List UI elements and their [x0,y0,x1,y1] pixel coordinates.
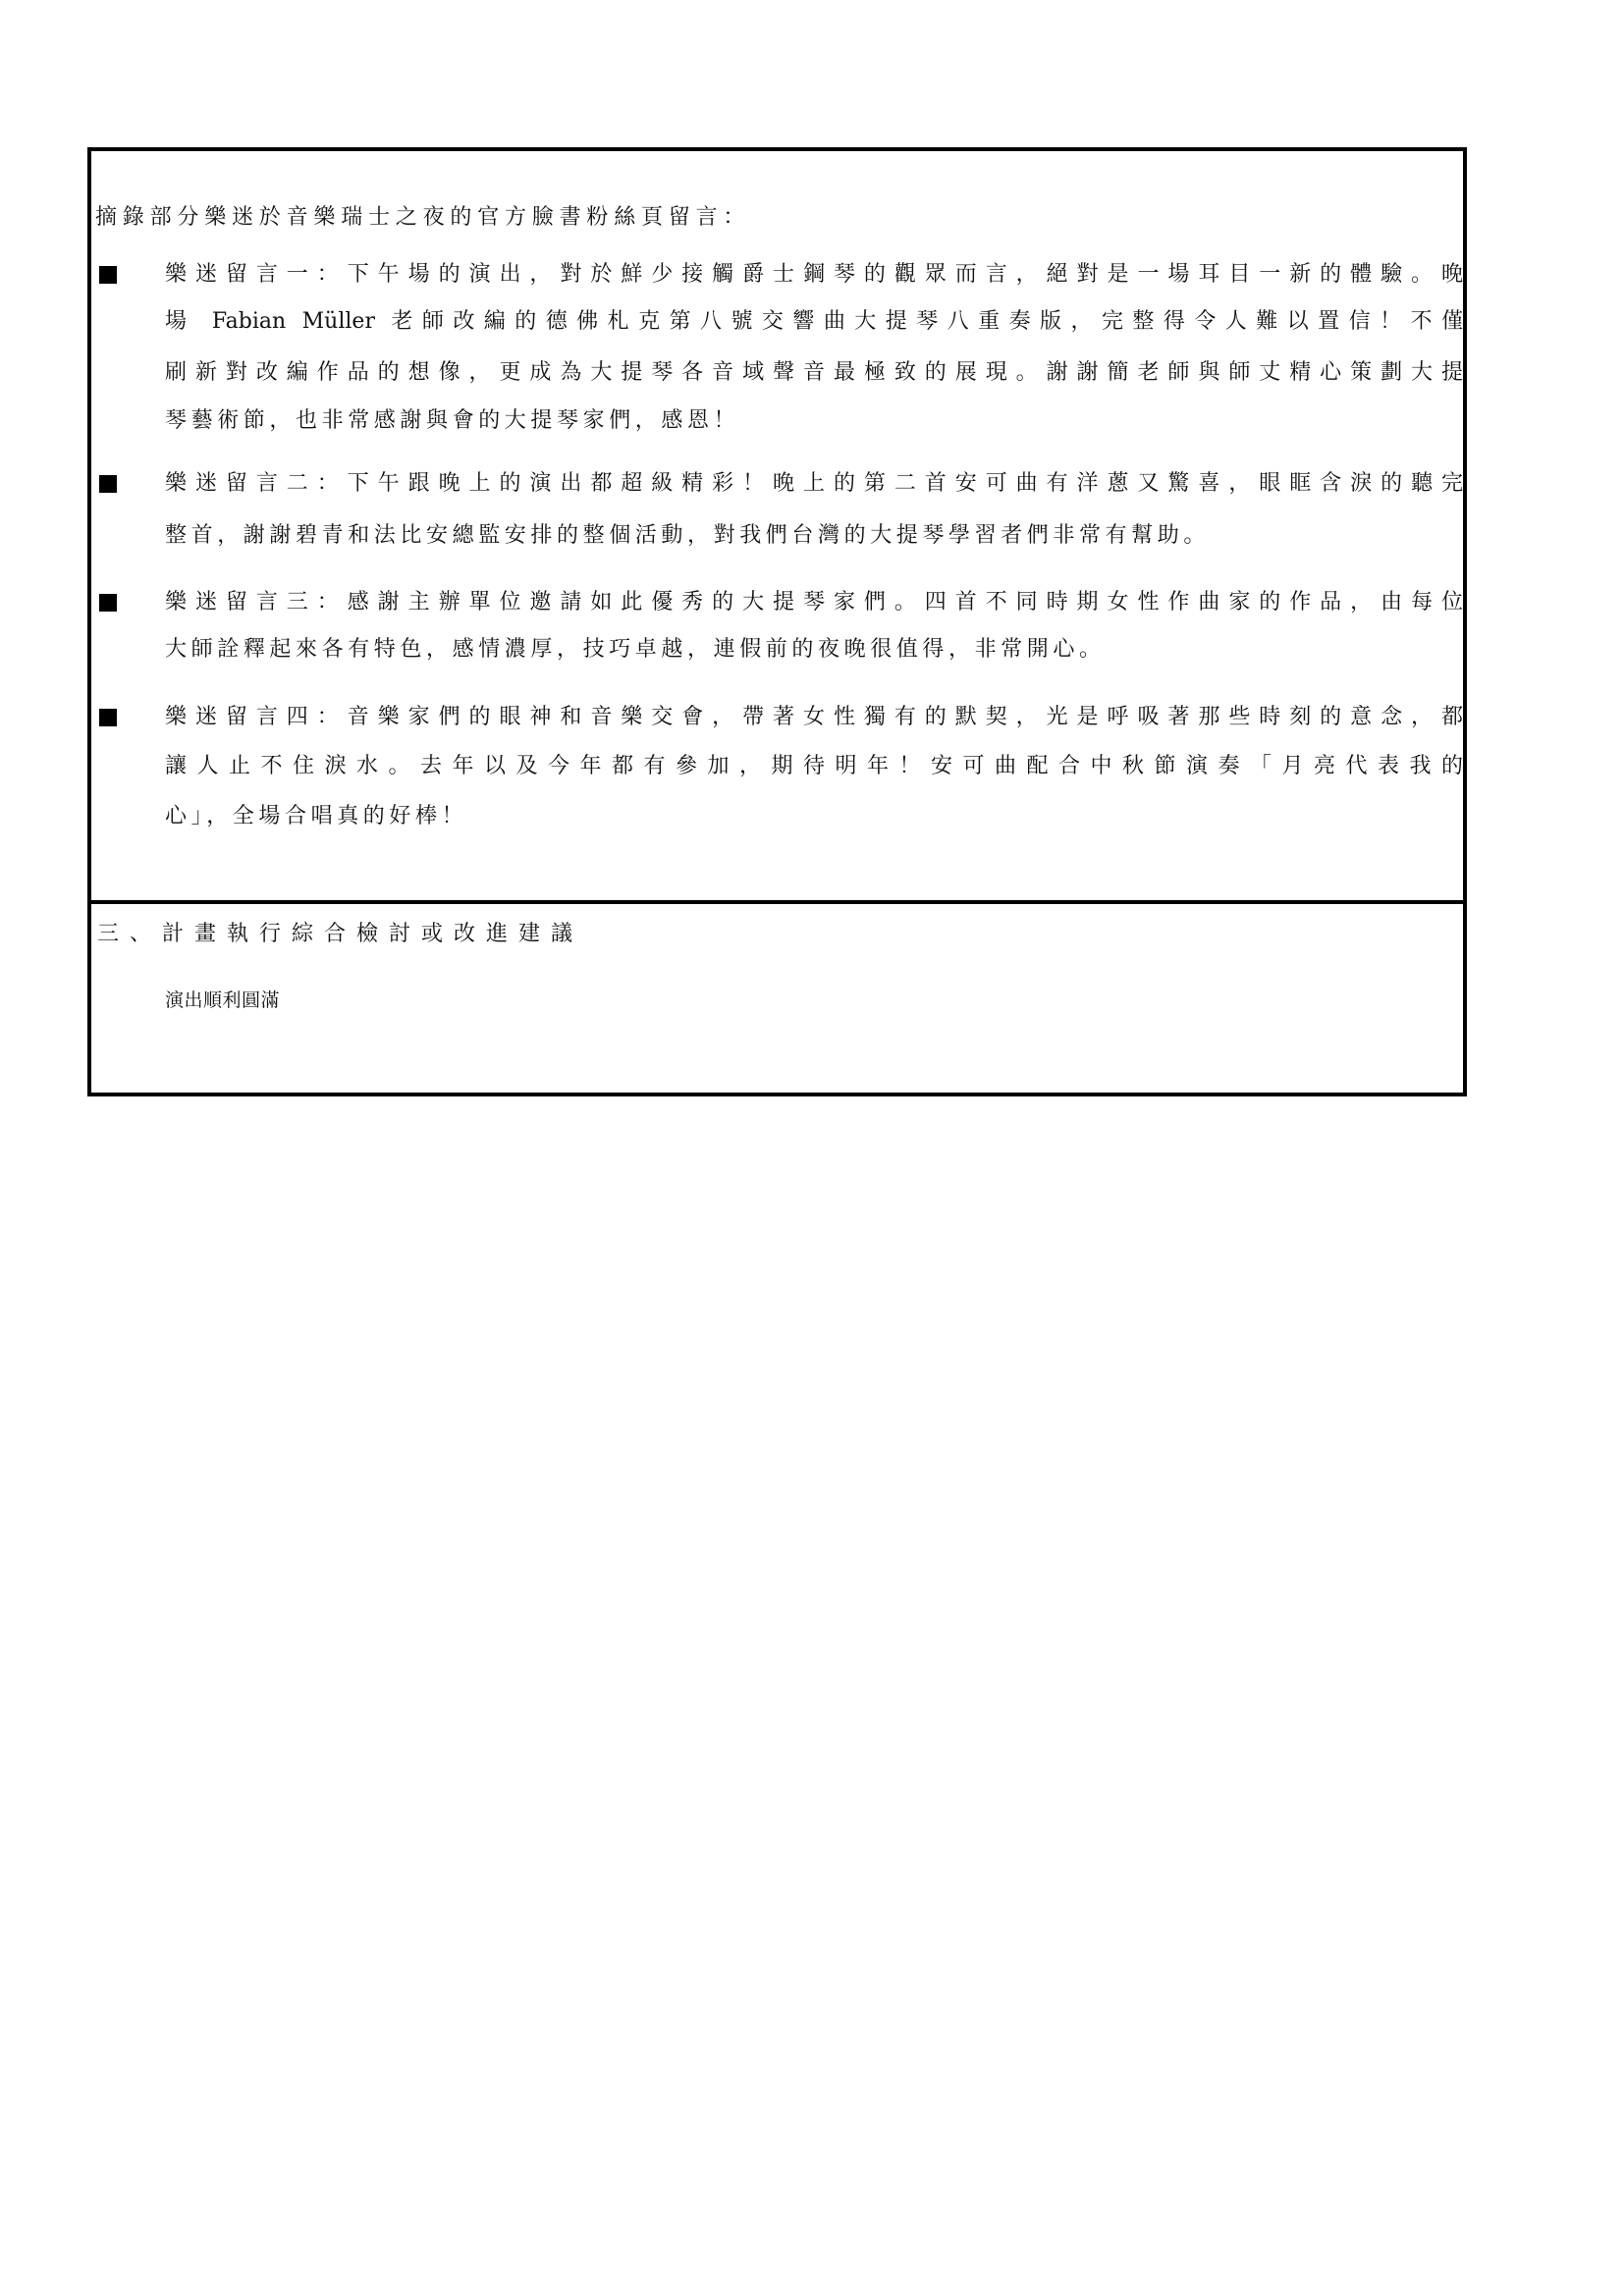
black-square-bullet-icon [99,709,117,726]
black-square-bullet-icon [99,266,117,284]
section-3-heading: 三、計畫執行綜合檢討或改進建議 [97,922,583,947]
comment-4-line-3: 心」，全場合唱真的好棒！ [165,804,1463,829]
report-table: 摘錄部分樂迷於音樂瑞士之夜的官方臉書粉絲頁留言： 樂迷留言一：下午場的演出，對於… [87,147,1467,1096]
comment-4-line-2: 讓人止不住淚水。去年以及今年都有參加，期待明年！安可曲配合中秋節演奏「月亮代表我… [165,754,1463,779]
comment-1-line-1: 樂迷留言一：下午場的演出，對於鮮少接觸爵士鋼琴的觀眾而言，絕對是一場耳目一新的體… [165,262,1463,288]
comment-2-line-2: 整首，謝謝碧青和法比安總監安排的整個活動，對我們台灣的大提琴學習者們非常有幫助。 [165,523,1463,549]
comment-3-line-1: 樂迷留言三：感謝主辦單位邀請如此優秀的大提琴家們。四首不同時期女性作曲家的作品，… [165,590,1463,615]
comment-3-line-2: 大師詮釋起來各有特色，感情濃厚，技巧卓越，連假前的夜晚很值得，非常開心。 [165,637,1463,663]
comment-1-line-2: 場 Fabian Müller 老師改編的德佛札克第八號交響曲大提琴八重奏版，完… [165,309,1463,335]
black-square-bullet-icon [99,594,117,612]
black-square-bullet-icon [99,475,117,493]
section-3-body: 演出順利圓滿 [165,988,280,1013]
row-divider [91,900,1463,904]
comment-4-line-1: 樂迷留言四：音樂家們的眼神和音樂交會，帶著女性獨有的默契，光是呼吸著那些時刻的意… [165,705,1463,730]
comment-1-line-3: 刷新對改編作品的想像，更成為大提琴各音域聲音最極致的展現。謝謝簡老師與師丈精心策… [165,360,1463,386]
intro-text: 摘錄部分樂迷於音樂瑞士之夜的官方臉書粉絲頁留言： [95,205,750,231]
comment-1-line-4: 琴藝術節，也非常感謝與會的大提琴家們，感恩！ [165,408,1463,434]
comment-2-line-1: 樂迷留言二：下午跟晚上的演出都超級精彩！晚上的第二首安可曲有洋蔥又驚喜，眼眶含淚… [165,471,1463,497]
